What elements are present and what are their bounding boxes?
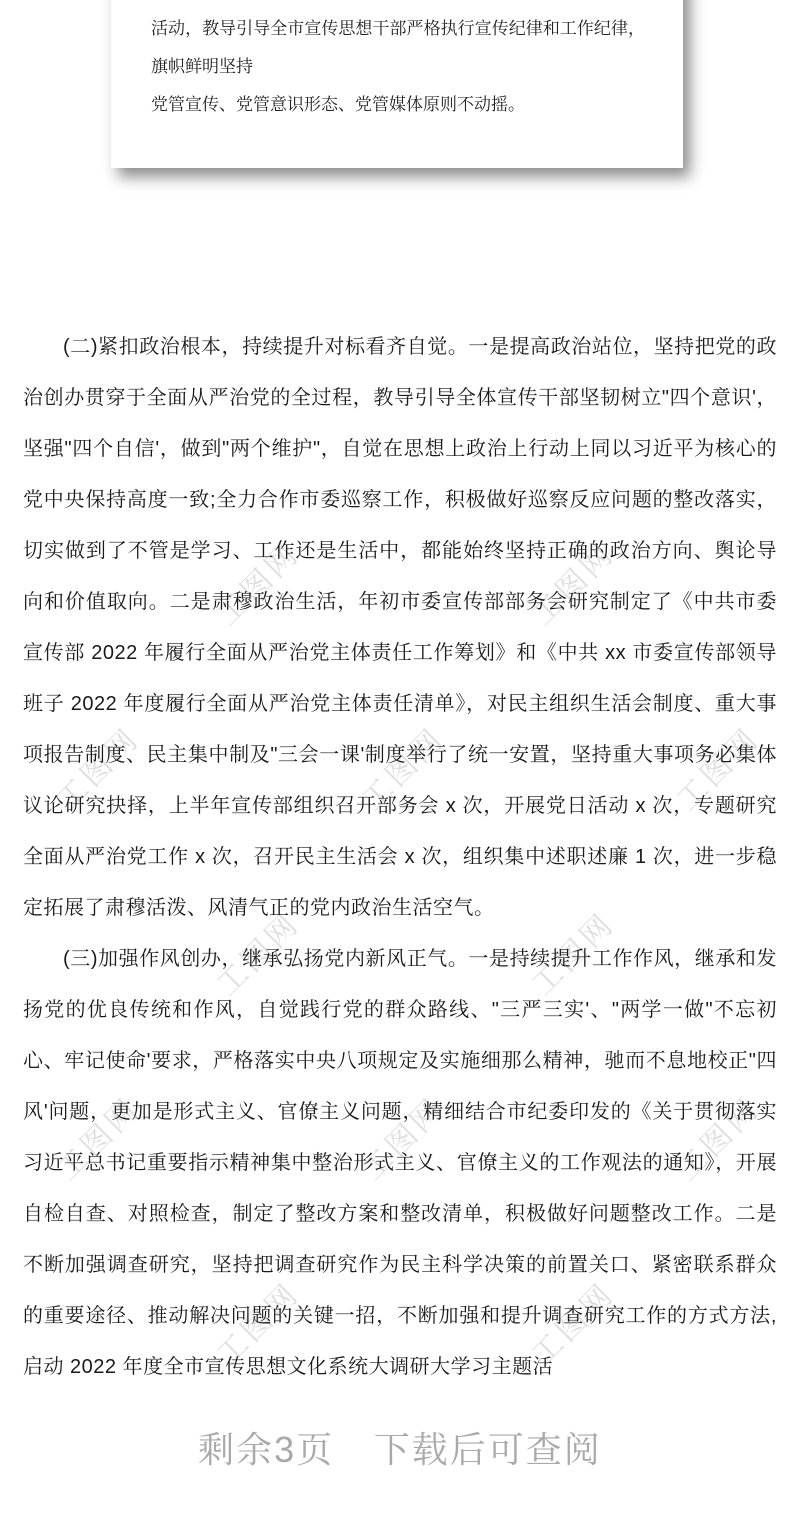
document-preview-page: { "page_card": { "text": "活动，教导引导全市宣传思想干… — [0, 0, 800, 1521]
document-body: (二)紧扣政治根本，持续提升对标看齐自觉。一是提高政治站位，坚持把党的政治创办贯… — [23, 322, 777, 1393]
download-hint-label: 下载后可查阅 — [374, 1429, 602, 1470]
footer-note: 剩余3页下载后可查阅 — [0, 1422, 800, 1473]
paragraph-work-style: (三)加强作风创办，继承弘扬党内新风正气。一是持续提升工作作风，继承和发扬党的优… — [23, 934, 777, 1393]
paragraph-political-foundation: (二)紧扣政治根本，持续提升对标看齐自觉。一是提高政治站位，坚持把党的政治创办贯… — [23, 322, 777, 934]
previous-page-text: 活动，教导引导全市宣传思想干部严格执行宣传纪律和工作纪律，旗帜鲜明坚持 党管宣传… — [151, 10, 645, 124]
remaining-pages-label: 剩余3页 — [198, 1429, 334, 1470]
previous-page-card: 活动，教导引导全市宣传思想干部严格执行宣传纪律和工作纪律，旗帜鲜明坚持 党管宣传… — [111, 0, 683, 168]
